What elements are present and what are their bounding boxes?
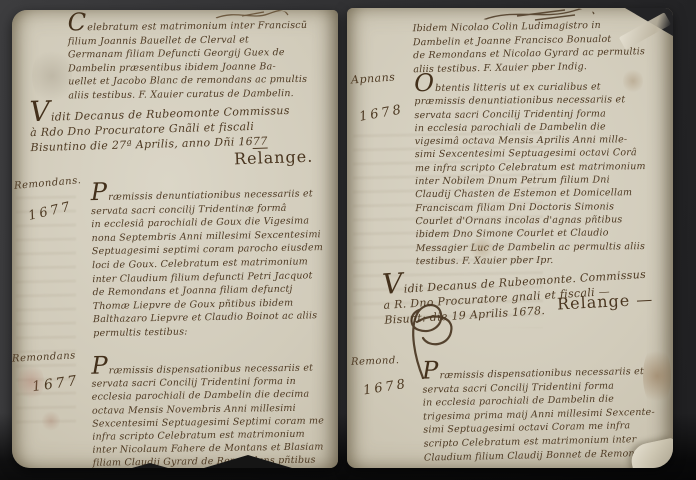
margin-note-year: 1678 xyxy=(362,377,409,399)
marriage-entry-text: Obtentis litteris ut ex curialibus etpræ… xyxy=(414,73,672,268)
right-page: Ibidem Nicolao Colin Ludimagistro inDamb… xyxy=(347,8,673,468)
marriage-entry-text: Præmissis dispensationibus necessariis e… xyxy=(91,354,338,468)
paper-stain xyxy=(42,410,60,432)
manuscript-text-line: Messagier Luc de Dambelin ac permultis a… xyxy=(416,239,672,255)
margin-note-place: Remond. xyxy=(351,355,400,368)
margin-note-year: 1677 xyxy=(31,373,80,395)
ink-bleedthrough xyxy=(16,190,76,430)
margin-note-year: 1678 xyxy=(358,102,405,125)
underlined-year: 77 xyxy=(253,135,268,149)
manuscript-scan-background: Celebratum est matrimonium inter Francis… xyxy=(0,0,696,480)
marriage-entry-text: Celebratum est matrimonium inter Francis… xyxy=(68,12,335,103)
marriage-entry-text: Ibidem Nicolao Colin Ludimagistro inDamb… xyxy=(413,18,670,77)
left-page: Celebratum est matrimonium inter Francis… xyxy=(12,10,338,468)
manuscript-text-line: Obtentis litteris ut ex curialibus et xyxy=(414,73,670,96)
manuscript-text-line: me infra scripto Celebratum est matrimon… xyxy=(415,160,671,176)
manuscript-text-line: Præmissis dispensationibus necessariis e… xyxy=(91,354,337,378)
torn-edge-notch xyxy=(132,463,168,468)
margin-note-place: Remondans. xyxy=(14,175,82,192)
vidit-visa-note: Vidit Decanus de Rubeomonte Commissus à … xyxy=(29,94,330,155)
torn-edge-notch xyxy=(204,455,292,468)
manuscript-text-line: uellet et Jacobo Blanc de remondans ac p… xyxy=(68,73,334,89)
manuscript-text-line: Præmissis denuntiationibus necessariis e… xyxy=(91,180,337,205)
manuscript-text-line: Celebratum est matrimonium inter Francis… xyxy=(68,12,334,35)
margin-note-year: 1677 xyxy=(27,199,74,224)
margin-note-place: Remondans xyxy=(12,350,76,364)
margin-note-place: Apnans xyxy=(351,70,396,86)
marriage-entry-text: Præmissis denuntiationibus necessariis e… xyxy=(91,180,338,341)
relange-signature: Relange. xyxy=(234,147,314,169)
